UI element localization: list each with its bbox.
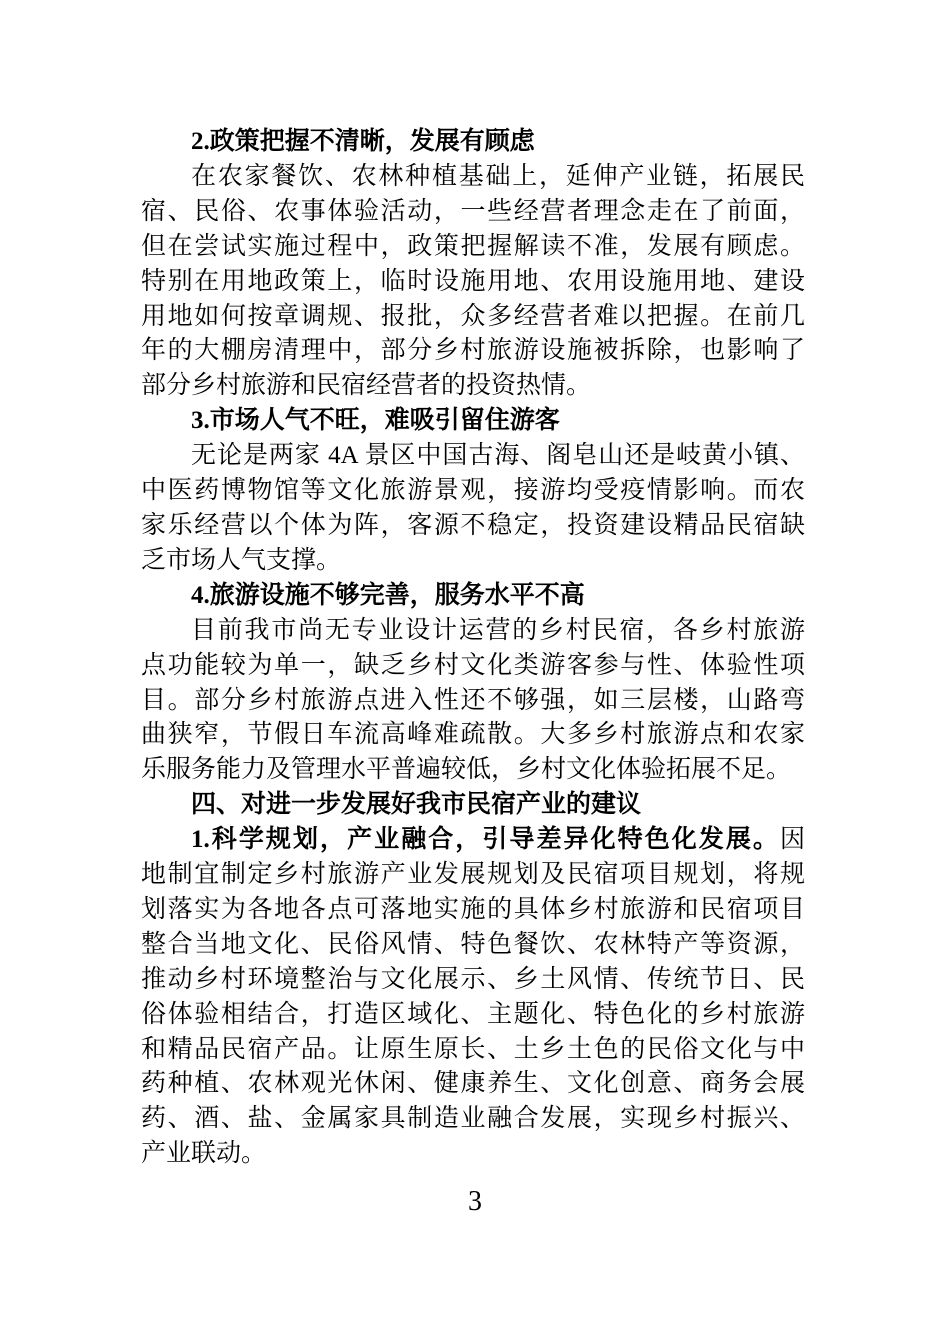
section-heading: 3.市场人气不旺，难吸引留住游客: [141, 404, 805, 439]
section-heading: 4.旅游设施不够完善，服务水平不高: [141, 579, 805, 614]
text-line: 目前我市尚无专业设计运营的乡村民宿，各乡村旅游: [141, 614, 805, 649]
text-line: 无论是两家 4A 景区中国古海、阁皂山还是岐黄小镇、: [141, 439, 805, 474]
document-body: 2.政策把握不清晰，发展有顾虑在农家餐饮、农林种植基础上，延伸产业链，拓展民宿、…: [141, 125, 805, 1172]
text-line: 乐服务能力及管理水平普遍较低，乡村文化体验拓展不足。: [141, 753, 805, 788]
bold-text-run: 1.科学规划，产业融合，引导差异化特色化发展。: [191, 826, 780, 853]
text-line: 家乐经营以个体为阵，客源不稳定，投资建设精品民宿缺: [141, 509, 805, 544]
section-heading: 四、对进一步发展好我市民宿产业的建议: [141, 788, 805, 823]
text-line: 部分乡村旅游和民宿经营者的投资热情。: [141, 369, 805, 404]
text-line: 宿、民俗、农事体验活动，一些经营者理念走在了前面，: [141, 195, 805, 230]
section-heading: 2.政策把握不清晰，发展有顾虑: [141, 125, 805, 160]
text-run: 因: [780, 826, 805, 853]
text-line: 中医药博物馆等文化旅游景观，接游均受疫情影响。而农: [141, 474, 805, 509]
text-line: 点功能较为单一，缺乏乡村文化类游客参与性、体验性项: [141, 649, 805, 684]
text-line: 用地如何按章调规、报批，众多经营者难以把握。在前几: [141, 300, 805, 335]
text-line: 在农家餐饮、农林种植基础上，延伸产业链，拓展民: [141, 160, 805, 195]
text-line: 药、酒、盐、金属家具制造业融合发展，实现乡村振兴、: [141, 1102, 805, 1137]
text-line: 目。部分乡村旅游点进入性还不够强，如三层楼，山路弯: [141, 684, 805, 719]
page-number: 3: [0, 1185, 950, 1219]
text-line: 产业联动。: [141, 1137, 805, 1172]
text-line: 划落实为各地各点可落地实施的具体乡村旅游和民宿项目: [141, 893, 805, 928]
text-line: 整合当地文化、民俗风情、特色餐饮、农林特产等资源，: [141, 928, 805, 963]
text-line: 1.科学规划，产业融合，引导差异化特色化发展。因: [141, 823, 805, 858]
text-line: 推动乡村环境整治与文化展示、乡土风情、传统节日、民: [141, 963, 805, 998]
document-page: 2.政策把握不清晰，发展有顾虑在农家餐饮、农林种植基础上，延伸产业链，拓展民宿、…: [0, 0, 950, 1344]
text-line: 乏市场人气支撑。: [141, 544, 805, 579]
text-line: 曲狭窄，节假日车流高峰难疏散。大多乡村旅游点和农家: [141, 718, 805, 753]
text-line: 俗体验相结合，打造区域化、主题化、特色化的乡村旅游: [141, 998, 805, 1033]
text-line: 特别在用地政策上，临时设施用地、农用设施用地、建设: [141, 265, 805, 300]
text-line: 地制宜制定乡村旅游产业发展规划及民宿项目规划，将规: [141, 858, 805, 893]
text-line: 但在尝试实施过程中，政策把握解读不准，发展有顾虑。: [141, 230, 805, 265]
text-line: 和精品民宿产品。让原生原长、土乡土色的民俗文化与中: [141, 1033, 805, 1068]
text-line: 年的大棚房清理中，部分乡村旅游设施被拆除，也影响了: [141, 334, 805, 369]
text-line: 药种植、农林观光休闲、健康养生、文化创意、商务会展: [141, 1067, 805, 1102]
